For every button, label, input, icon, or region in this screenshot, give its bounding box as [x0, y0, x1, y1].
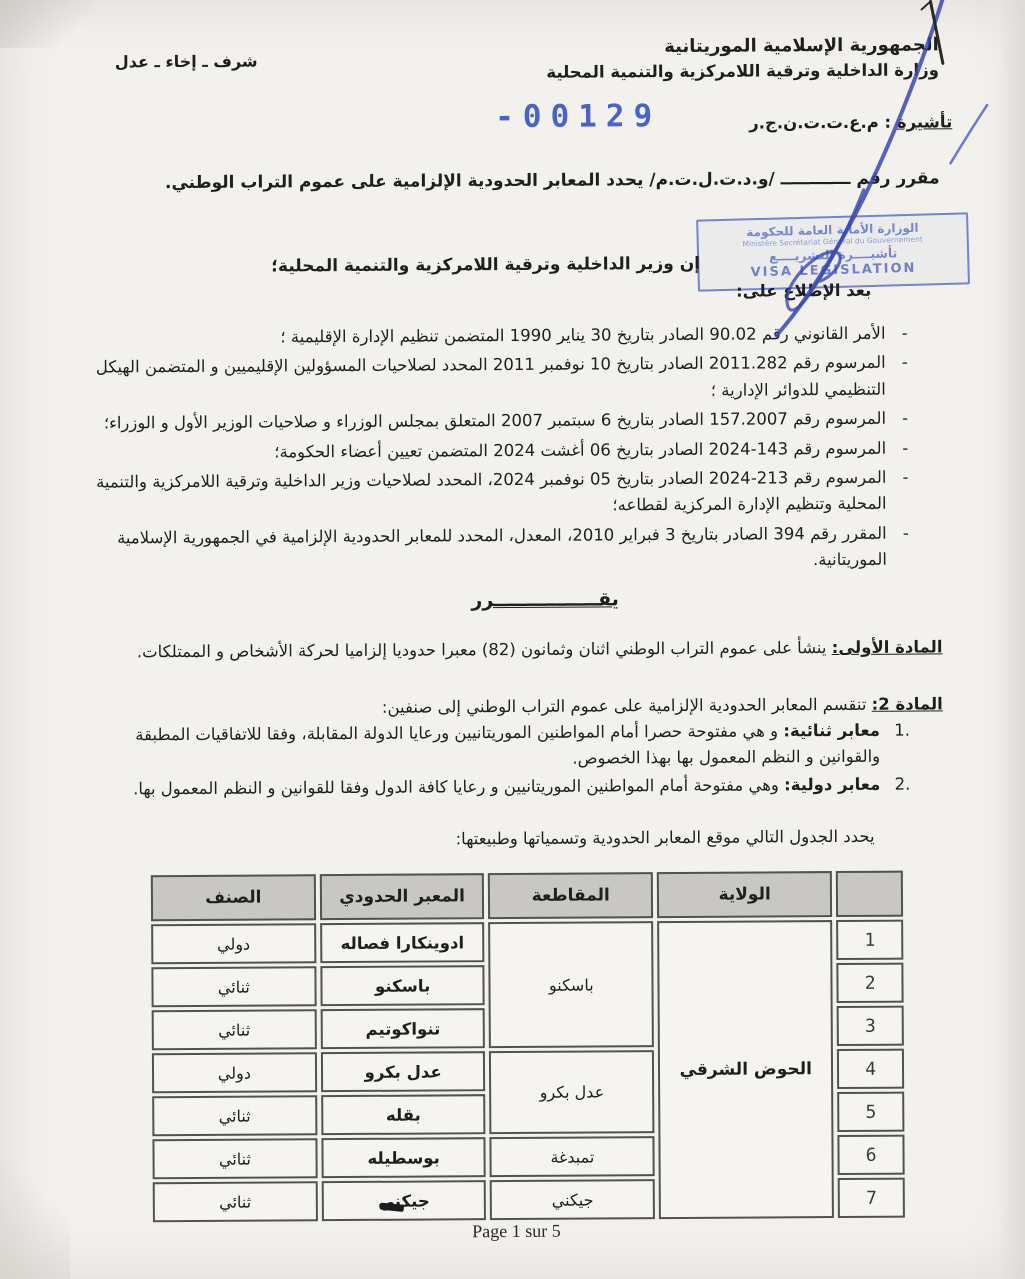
decree-title: مقرر رقم ــــــــــــ /و.د.ت.ل.ت.م/ يحدد…: [150, 168, 940, 193]
row-number: 5: [837, 1092, 904, 1132]
moughataa-cell: جيكني: [490, 1179, 655, 1220]
article-text: تنقسم المعابر الحدودية الإلزامية على عمو…: [382, 695, 872, 717]
list-item: -المرسوم رقم 2011.282 الصادر بتاريخ 10 ن…: [76, 350, 916, 408]
crossing-cell: جيكني: [321, 1180, 486, 1221]
dash-bullet: -: [903, 520, 909, 546]
list-number: 2.: [894, 772, 910, 798]
national-motto: شرف ـ إخاء ـ عدل: [115, 52, 258, 72]
visa-reference-line: تأشيرة : م.ع.ت.ت.ن.ج.ر: [749, 112, 952, 132]
visa-code: : م.ع.ت.ت.ن.ج.ر: [749, 113, 897, 133]
col-header-number: [836, 871, 903, 917]
dash-bullet: -: [901, 321, 907, 347]
type-cell: دولي: [152, 1052, 317, 1093]
row-number: 1: [836, 920, 903, 960]
article-text: ينشأ على عموم التراب الوطني اثنان وثمانو…: [137, 638, 832, 661]
moughataa-cell: باسكنو: [489, 921, 654, 1048]
crossing-cell: بقله: [321, 1094, 486, 1135]
list-item: 2.معابر دولية: وهي مفتوحة أمام المواطنين…: [84, 772, 914, 803]
reference-text: المقرر رقم 394 الصادر بتاريخ 3 فبراير 20…: [117, 523, 887, 569]
table-header-row: الولاية المقاطعة المعبر الحدودي الصنف: [151, 871, 903, 922]
article-1: المادة الأولى: ينشأ على عموم التراب الوط…: [94, 634, 942, 666]
type-cell: ثنائي: [152, 1009, 317, 1050]
col-header-type: الصنف: [151, 874, 316, 921]
dash-bullet: -: [902, 350, 908, 376]
crossing-cell: باسكنو: [320, 965, 485, 1006]
reference-text: المرسوم رقم 143-2024 الصادر بتاريخ 06 أغ…: [274, 438, 886, 461]
type-cell: ثنائي: [153, 1181, 318, 1222]
type-cell: ثنائي: [152, 1138, 317, 1179]
type-label: معابر ثنائية:: [783, 721, 880, 741]
crossing-types-list: 1.معابر ثنائية: و هي مفتوحة حصرا أمام ال…: [84, 718, 914, 805]
crossing-cell: بوسطيله: [321, 1137, 486, 1178]
row-number: 3: [837, 1006, 904, 1046]
dash-bullet: -: [902, 406, 908, 432]
type-cell: ثنائي: [151, 966, 316, 1007]
republic-name: الجمهورية الإسلامية الموريتانية: [546, 31, 939, 60]
moughataa-cell: عدل بكرو: [489, 1050, 654, 1134]
type-text: و هي مفتوحة حصرا أمام المواطنين الموريتا…: [135, 721, 880, 767]
row-number: 4: [837, 1049, 904, 1089]
dash-bullet: -: [902, 435, 908, 461]
legislation-visa-stamp: الوزارة الأمانة العامة للحكومة Ministère…: [696, 212, 970, 291]
article-label: المادة 2:: [872, 694, 943, 713]
list-item: -المرسوم رقم 143-2024 الصادر بتاريخ 06 أ…: [76, 435, 916, 467]
dash-bullet: -: [902, 465, 908, 491]
row-number: 2: [837, 963, 904, 1003]
type-label: معابر دولية:: [784, 775, 880, 795]
crossing-cell: تنواكوتيم: [320, 1008, 485, 1049]
reference-text: الأمر القانوني رقم 90.02 الصادر بتاريخ 3…: [280, 324, 885, 347]
minister-intro-line: إن وزير الداخلية وترقية اللامركزية والتن…: [271, 254, 700, 277]
row-number: 6: [838, 1135, 905, 1175]
letterhead: الجمهورية الإسلامية الموريتانية وزارة ال…: [546, 31, 939, 85]
list-item: -الأمر القانوني رقم 90.02 الصادر بتاريخ …: [75, 321, 915, 353]
crossing-cell: عدل بكرو: [321, 1051, 486, 1092]
after-review-line: بعد الإطلاع على:: [736, 281, 871, 301]
pen-slash-mark: [950, 105, 987, 163]
moughataa-cell: تمبدغة: [490, 1136, 655, 1177]
wilaya-cell: الحوض الشرقي: [657, 920, 834, 1219]
row-number: 7: [838, 1178, 905, 1218]
list-number: 1.: [894, 718, 910, 744]
col-header-crossing: المعبر الحدودي: [320, 873, 485, 920]
visa-label: تأشيرة: [897, 112, 952, 131]
col-header-moughataa: المقاطعة: [488, 872, 653, 919]
ministry-name: وزارة الداخلية وترقية اللامركزية والتنمي…: [546, 58, 939, 85]
list-item: -المرسوم رقم 157.2007 الصادر بتاريخ 6 سب…: [76, 406, 916, 438]
article-label: المادة الأولى:: [832, 637, 943, 657]
type-cell: دولي: [151, 923, 316, 964]
registration-number-stamp: -00129: [495, 98, 661, 135]
type-cell: ثنائي: [152, 1095, 317, 1136]
list-item: -المرسوم رقم 213-2024 الصادر بتاريخ 05 ن…: [76, 464, 916, 522]
col-header-wilaya: الولاية: [657, 871, 832, 918]
type-text: وهي مفتوحة أمام المواطنين الموريتانيين و…: [133, 775, 784, 798]
list-item: -المقرر رقم 394 الصادر بتاريخ 3 فبراير 2…: [77, 520, 917, 578]
reference-text: المرسوم رقم 2011.282 الصادر بتاريخ 10 نو…: [96, 353, 886, 399]
reference-text: المرسوم رقم 213-2024 الصادر بتاريخ 05 نو…: [96, 468, 887, 515]
table-intro-line: يحدد الجدول التالي موقع المعابر الحدودية…: [456, 827, 875, 849]
crossing-cell: ادوينكارا فصاله: [320, 922, 485, 963]
table-row: 1 الحوض الشرقي باسكنو ادوينكارا فصاله دو…: [151, 920, 903, 965]
legal-references-list: -الأمر القانوني رقم 90.02 الصادر بتاريخ …: [75, 321, 917, 582]
decides-heading: يقــــــــــــــــرر: [30, 586, 1025, 614]
list-item: 1.معابر ثنائية: و هي مفتوحة حصرا أمام ال…: [84, 718, 914, 775]
scanned-document-page: شرف ـ إخاء ـ عدل الجمهورية الإسلامية الم…: [0, 0, 1025, 1279]
reference-text: المرسوم رقم 157.2007 الصادر بتاريخ 6 سبت…: [104, 409, 886, 433]
border-crossings-table: الولاية المقاطعة المعبر الحدودي الصنف 1 …: [147, 868, 909, 1226]
